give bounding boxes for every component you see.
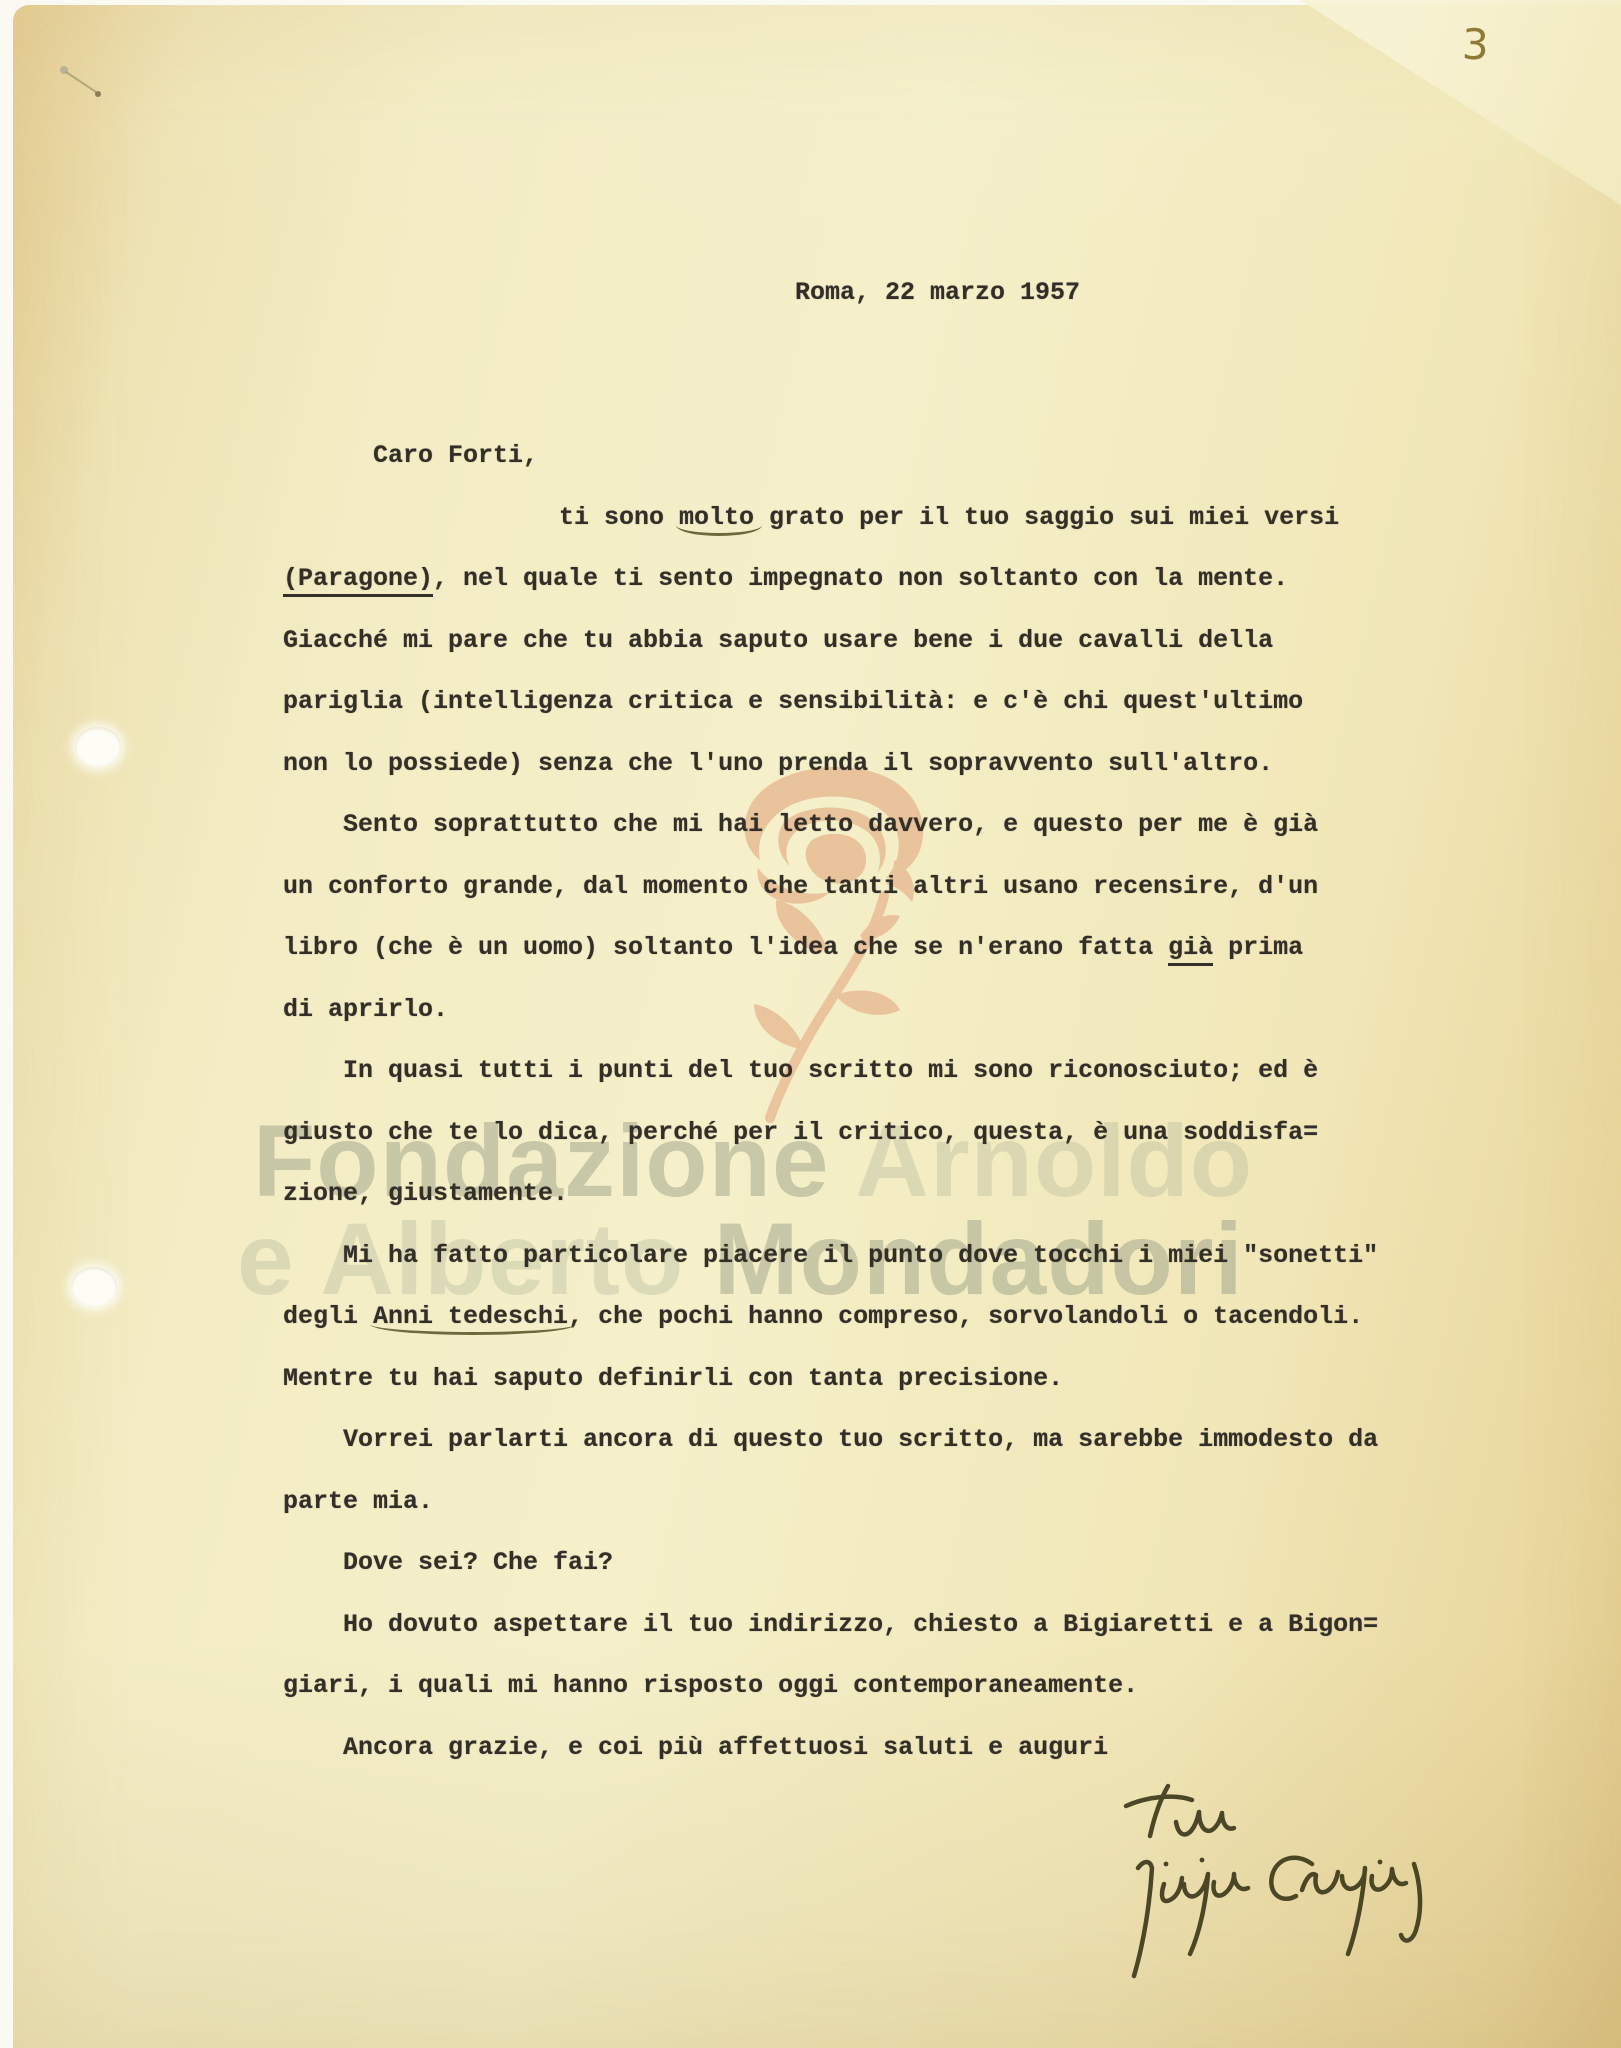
- text-run: non lo possiede) senza che l'uno prenda …: [283, 749, 1273, 778]
- text-run: Mentre tu hai saputo definirli con tanta…: [283, 1364, 1063, 1393]
- typed-line: Ho dovuto aspettare il tuo indirizzo, ch…: [283, 1594, 1423, 1656]
- typed-line: ti sono molto grato per il tuo saggio su…: [283, 487, 1423, 549]
- text-run: grato per il tuo saggio sui miei versi: [754, 503, 1339, 532]
- typed-line: libro (che è un uomo) soltanto l'idea ch…: [283, 917, 1423, 979]
- text-run: ti sono: [559, 503, 679, 532]
- text-run: , nel quale ti sento impegnato non solta…: [433, 564, 1288, 593]
- page-number: 3: [1461, 20, 1489, 70]
- typed-line: di aprirlo.: [283, 979, 1423, 1041]
- typed-line: Giacché mi pare che tu abbia saputo usar…: [283, 610, 1423, 672]
- date-line: Roma, 22 marzo 1957: [795, 278, 1080, 307]
- scanned-letter-page: { "page": { "number": "3" }, "letter": {…: [0, 0, 1621, 2048]
- text-run: giusto che te lo dica, perché per il cri…: [283, 1118, 1318, 1147]
- hole-punch-top: [75, 727, 121, 767]
- text-run: Caro Forti,: [373, 441, 538, 470]
- staple-mark: [52, 58, 122, 108]
- text-run: degli: [283, 1302, 373, 1331]
- text-run: di aprirlo.: [283, 995, 448, 1024]
- text-run: pariglia (intelligenza critica e sensibi…: [283, 687, 1303, 716]
- typed-line: Dove sei? Che fai?: [283, 1532, 1423, 1594]
- text-run: Sento soprattutto che mi hai letto davve…: [343, 810, 1318, 839]
- letter-lines: Caro Forti,ti sono molto grato per il tu…: [283, 425, 1423, 1778]
- text-run: molto: [679, 503, 754, 532]
- typed-line: non lo possiede) senza che l'uno prenda …: [283, 733, 1423, 795]
- text-run: zione, giustamente.: [283, 1179, 568, 1208]
- text-run: Vorrei parlarti ancora di questo tuo scr…: [343, 1425, 1378, 1454]
- text-run: prima: [1213, 933, 1303, 962]
- typed-line: Mi ha fatto particolare piacere il punto…: [283, 1225, 1423, 1287]
- typed-line: parte mia.: [283, 1471, 1423, 1533]
- signature: [1080, 1772, 1460, 2002]
- text-run: libro (che è un uomo) soltanto l'idea ch…: [283, 933, 1168, 962]
- text-run: già: [1168, 933, 1213, 966]
- text-run: (Paragone): [283, 564, 433, 597]
- typed-line: Sento soprattutto che mi hai letto davve…: [283, 794, 1423, 856]
- typed-line: degli Anni tedeschi, che pochi hanno com…: [283, 1286, 1423, 1348]
- typed-line: Ancora grazie, e coi più affettuosi salu…: [283, 1717, 1423, 1779]
- text-run: un conforto grande, dal momento che tant…: [283, 872, 1318, 901]
- typed-line: zione, giustamente.: [283, 1163, 1423, 1225]
- text-run: Ho dovuto aspettare il tuo indirizzo, ch…: [343, 1610, 1378, 1639]
- typed-line: un conforto grande, dal momento che tant…: [283, 856, 1423, 918]
- typed-line: Vorrei parlarti ancora di questo tuo scr…: [283, 1409, 1423, 1471]
- text-run: giari, i quali mi hanno risposto oggi co…: [283, 1671, 1138, 1700]
- text-run: Dove sei? Che fai?: [343, 1548, 613, 1577]
- typed-line: Caro Forti,: [283, 425, 1423, 487]
- text-run: Giacché mi pare che tu abbia saputo usar…: [283, 626, 1273, 655]
- text-run: Anni tedeschi: [373, 1302, 568, 1331]
- typed-line: (Paragone), nel quale ti sento impegnato…: [283, 548, 1423, 610]
- text-run: In quasi tutti i punti del tuo scritto m…: [343, 1056, 1318, 1085]
- typed-line: giari, i quali mi hanno risposto oggi co…: [283, 1655, 1423, 1717]
- typed-line: Mentre tu hai saputo definirli con tanta…: [283, 1348, 1423, 1410]
- text-run: Mi ha fatto particolare piacere il punto…: [343, 1241, 1378, 1270]
- typed-line: In quasi tutti i punti del tuo scritto m…: [283, 1040, 1423, 1102]
- text-run: parte mia.: [283, 1487, 433, 1516]
- typed-line: pariglia (intelligenza critica e sensibi…: [283, 671, 1423, 733]
- hole-punch-bottom: [71, 1267, 117, 1307]
- text-run: Ancora grazie, e coi più affettuosi salu…: [343, 1733, 1108, 1762]
- typed-line: giusto che te lo dica, perché per il cri…: [283, 1102, 1423, 1164]
- text-run: , che pochi hanno compreso, sorvolandoli…: [568, 1302, 1363, 1331]
